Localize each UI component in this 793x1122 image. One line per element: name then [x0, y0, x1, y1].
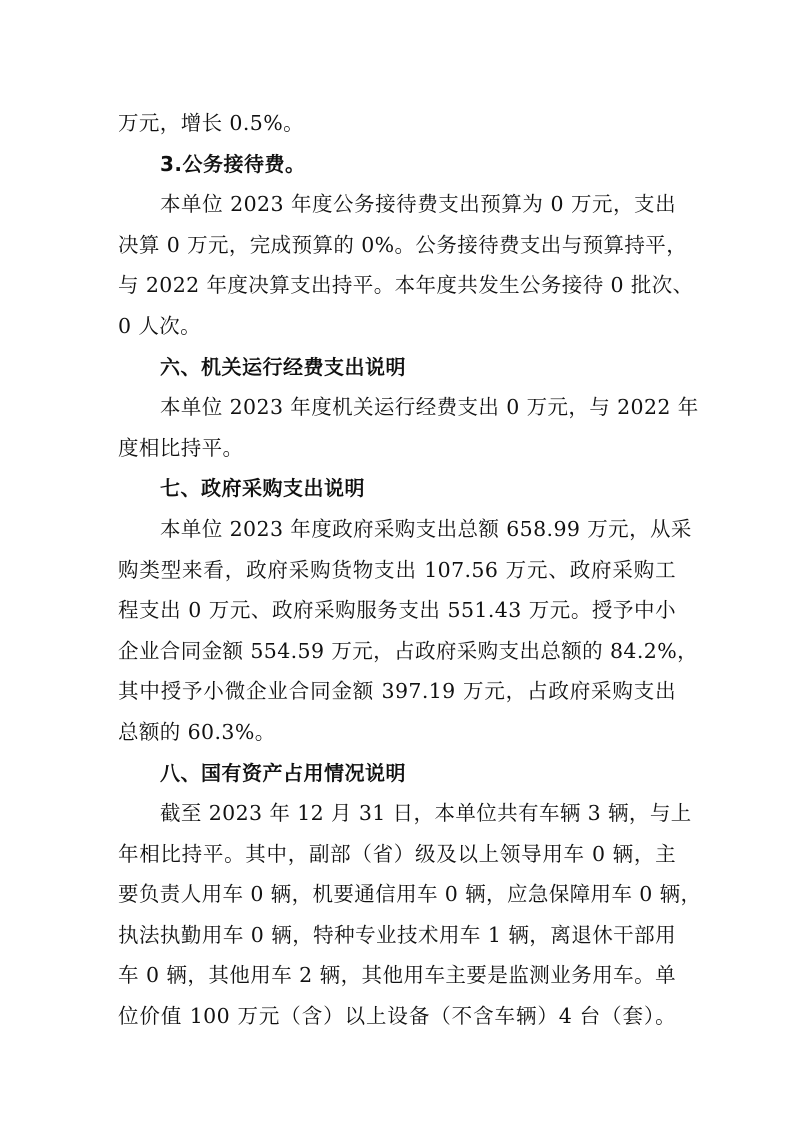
- body-text-line: 位价值 100 万元（含）以上设备（不含车辆）4 台（套）。: [118, 996, 676, 1037]
- body-text-line: 企业合同金额 554.59 万元，占政府采购支出总额的 84.2%，: [118, 631, 676, 672]
- body-text-line: 购类型来看，政府采购货物支出 107.56 万元、政府采购工: [118, 550, 676, 591]
- body-text-line: 截至 2023 年 12 月 31 日，本单位共有车辆 3 辆，与上: [118, 793, 676, 834]
- body-text-line: 年相比持平。其中，副部（省）级及以上领导用车 0 辆，主: [118, 834, 676, 875]
- body-text-line: 与 2022 年度决算支出持平。本年度共发生公务接待 0 批次、: [118, 265, 676, 306]
- body-text-line: 度相比持平。: [118, 428, 676, 469]
- body-text-line: 本单位 2023 年度政府采购支出总额 658.99 万元，从采: [118, 509, 676, 550]
- body-text-line: 总额的 60.3%。: [118, 712, 676, 753]
- body-text-line: 程支出 0 万元、政府采购服务支出 551.43 万元。授予中小: [118, 590, 676, 631]
- section-heading-state-assets: 八、国有资产占用情况说明: [118, 753, 676, 794]
- section-heading-operating-expense: 六、机关运行经费支出说明: [118, 347, 676, 388]
- body-text-line: 万元，增长 0.5%。: [118, 103, 676, 144]
- section-heading-procurement: 七、政府采购支出说明: [118, 468, 676, 509]
- body-text-line: 决算 0 万元，完成预算的 0%。公务接待费支出与预算持平，: [118, 225, 676, 266]
- body-text-line: 本单位 2023 年度机关运行经费支出 0 万元，与 2022 年: [118, 387, 676, 428]
- body-text-line: 本单位 2023 年度公务接待费支出预算为 0 万元，支出: [118, 184, 676, 225]
- section-heading-reception-fee: 3.公务接待费。: [118, 144, 676, 185]
- body-text-line: 0 人次。: [118, 306, 676, 347]
- body-text-line: 要负责人用车 0 辆，机要通信用车 0 辆，应急保障用车 0 辆，: [118, 874, 676, 915]
- body-text-line: 其中授予小微企业合同金额 397.19 万元，占政府采购支出: [118, 671, 676, 712]
- document-page: 万元，增长 0.5%。 3.公务接待费。 本单位 2023 年度公务接待费支出预…: [118, 103, 676, 1037]
- body-text-line: 执法执勤用车 0 辆，特种专业技术用车 1 辆，离退休干部用: [118, 915, 676, 956]
- body-text-line: 车 0 辆，其他用车 2 辆，其他用车主要是监测业务用车。单: [118, 955, 676, 996]
